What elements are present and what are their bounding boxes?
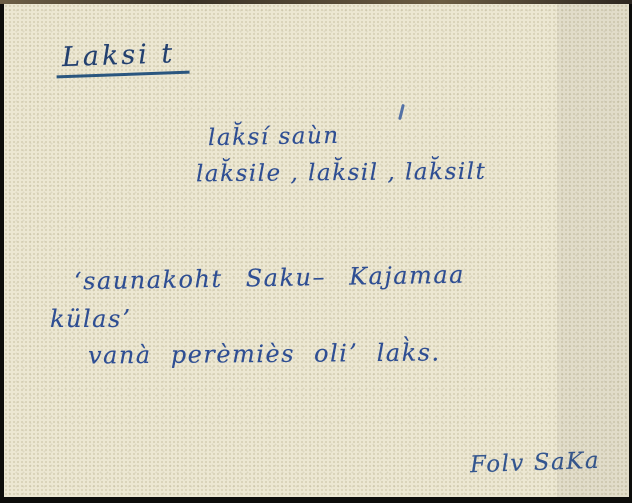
ink-stray-mark: [398, 104, 405, 120]
paper-card: Laksi t lak̆sí saùn lak̆sile , lak̆sil…: [4, 4, 629, 497]
scanned-card: Laksi t lak̆sí saùn lak̆sile , lak̆sil…: [0, 0, 632, 503]
word-forms-line-2: lak̆sile , lak̆sil , lak̆silt: [196, 159, 487, 188]
headword-laksi: Laksi t: [55, 38, 189, 79]
scan-top-edge: [0, 0, 632, 4]
word-forms-line-1: lak̆sí saùn: [208, 123, 340, 151]
scan-shading: [557, 4, 629, 497]
meaning-line-1: ʻsaunakoht Saku– Kajamaa: [74, 261, 465, 296]
meaning-line-2: külasʼ: [50, 305, 131, 333]
example-sentence: vanà perèmiès oliʼ lak̀s.: [88, 338, 441, 369]
